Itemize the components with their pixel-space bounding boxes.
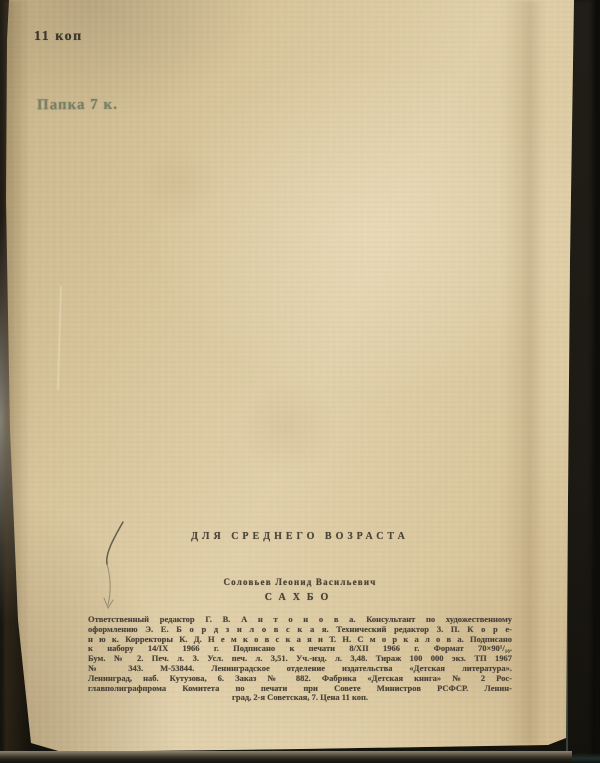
bottom-scan-edge [0,751,572,763]
colophon-line: град, 2-я Советская, 7. Цена 11 коп. [88,693,512,703]
folder-price-stamp: Папка 7 к. [37,97,118,115]
price-label: 11 коп [34,29,83,45]
colophon-block: Ответственный редактор Г. В. А н т о н о… [88,615,512,703]
scanned-book-back-page: 11 коп Папка 7 к. ДЛЯ СРЕДНЕГО ВОЗРАСТА … [0,0,600,763]
book-title: САХБО [88,592,512,603]
bottom-scan-edge-right [572,753,600,763]
age-designation: ДЛЯ СРЕДНЕГО ВОЗРАСТА [88,531,512,542]
author-name: Соловьев Леонид Васильевич [88,577,512,587]
